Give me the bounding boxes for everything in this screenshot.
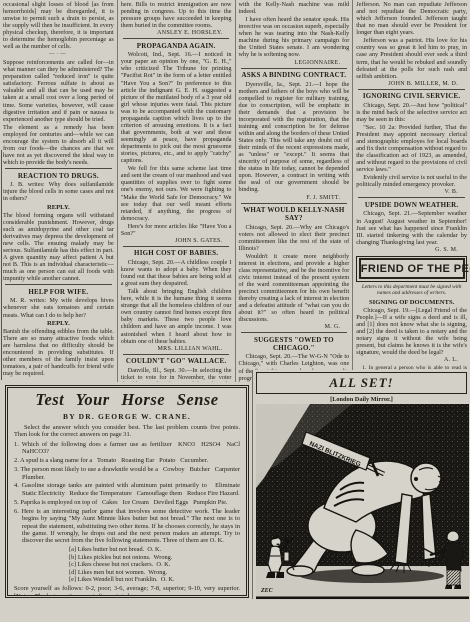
letters-column-1: occasional slight losses of blood [as fr…: [0, 0, 118, 382]
reply-heading: REPLY.: [3, 320, 114, 327]
cartoonist-signature: ZEC: [260, 588, 274, 594]
letter-paragraph: Jefferson. No man can repudiate Jefferso…: [356, 1, 467, 36]
letter-signature: MRS. LILLIAN WAHL.: [121, 346, 232, 352]
letter-signature: G. S. M.: [356, 247, 467, 253]
letter-signature: A. L.: [356, 357, 467, 363]
cartoon-credit: [London Daily Mirror.]: [253, 396, 470, 403]
letter-paragraph: Wolcott, Ind., Sept. 16.—I noticed in yo…: [121, 51, 232, 164]
quiz-intro: Select the answer which you consider bes…: [14, 424, 240, 439]
letter-paragraph: Chicago, Sept. 20.—Why are Chicago's vot…: [239, 224, 350, 252]
letter-paragraph: Wouldn't it create more neighborly inter…: [239, 253, 350, 324]
letter-paragraph: J. B. writes: Why does sulfanilamide inj…: [3, 181, 114, 202]
friend-of-the-people-box: FRIEND OF THE PEOPLE: [356, 256, 467, 282]
quiz-statement: [a] Likes butter but not bread. O. K.: [69, 546, 243, 553]
letter-paragraph: Evidently civil service is not useful to…: [356, 174, 467, 188]
letter-paragraph: Chicago, Sept. 19.—[Legal Friend of the …: [356, 307, 467, 356]
editorial-cartoon: ALL SET! [London Daily Mirror.]: [252, 370, 470, 599]
quiz-statement: [d] Likes men but not women. Wrong.: [69, 569, 243, 576]
quiz-title: Test Your Horse Sense: [11, 390, 243, 410]
letter-paragraph: M. R. writes: My wife develops hives whe…: [3, 297, 114, 318]
letter-paragraph: Chicago, Sept. 21.—September weather in …: [356, 210, 467, 245]
letter-signature: F. J. SMITT.: [239, 195, 350, 201]
letter-signature: V. B.: [356, 189, 467, 195]
letter-heading: IGNORING CIVIL SERVICE.: [356, 89, 467, 101]
letter-paragraph: Dyersville, Ia., Sept. 21.—I hope the mo…: [239, 81, 350, 194]
cartoon-illustration: NAZI BLITZKRIEG ZEC: [256, 404, 469, 600]
letter-paragraph: occasional slight losses of blood [as fr…: [3, 1, 114, 50]
letter-paragraph: The blood forming organs will withstand …: [3, 212, 114, 283]
horse-sense-quiz-box: Test Your Horse Sense BY DR. GEORGE W. C…: [5, 385, 249, 598]
letter-paragraph: We fell for this same scheme last time a…: [121, 165, 232, 222]
quiz-question: 3. The person most likely to use a drawk…: [22, 466, 240, 481]
department-note: Letters to this department must be signe…: [359, 284, 464, 297]
quiz-question: 6. Here is an interesting parlor game th…: [22, 508, 240, 545]
letter-paragraph: Jefferson was a patriot. His love for hi…: [356, 37, 467, 79]
quiz-question: 5. Paprika is employed on top of Cakes I…: [22, 499, 240, 506]
friend-of-the-people-title: FRIEND OF THE PEOPLE: [359, 258, 465, 279]
quiz-question: 2. A spud is a slang name for a Tomato R…: [22, 457, 240, 464]
letter-paragraph: Chicago, Sept. 20.—Just how "political" …: [356, 102, 467, 123]
letter-signature: JOHN B. MILLER, M. D.: [356, 81, 467, 87]
letter-signature: M. G.: [239, 324, 350, 330]
letter-paragraph: I have often heard the senator speak. Hi…: [239, 16, 350, 58]
letter-heading: HELP FOR WIFE.: [3, 284, 114, 296]
letter-heading: SIGNING OF DOCUMENTS.: [356, 299, 467, 306]
letter-paragraph: Talk about bringing English children her…: [121, 288, 232, 345]
letter-heading: ASKS A BINDING CONTRACT.: [239, 68, 350, 80]
letter-heading: COULDN'T "GO" WALLACE.: [121, 354, 232, 366]
cartoon-bottom-rule: [256, 597, 469, 600]
letter-heading: PROPAGANDA AGAIN.: [121, 38, 232, 50]
cartoon-title: ALL SET!: [256, 372, 467, 394]
quiz-statement: [b] Likes pickles but not onions. Wrong.: [69, 554, 243, 561]
quiz-question: 4. Gasoline storage tanks are painted wi…: [22, 482, 240, 497]
quiz-byline: BY DR. GEORGE W. CRANE.: [11, 412, 243, 421]
quiz-statement: [c] Likes cheese but not crackers. O. K.: [69, 561, 243, 568]
quiz-scoring: Score yourself as follows: 0-2, poor; 3-…: [14, 585, 240, 598]
quiz-question: 1. Which of the following does a farmer …: [22, 441, 240, 456]
letter-signature: LEGIONNAIRE.: [239, 60, 350, 66]
letters-section: occasional slight losses of blood [as fr…: [0, 0, 470, 382]
quiz-statement: [e] Likes Wendell but not Franklin. O. K…: [69, 576, 243, 583]
letters-column-2: here. Bills to restrict immigration are …: [118, 0, 236, 382]
letters-column-3: with the Kelly-Nash machine was mild ind…: [236, 0, 354, 382]
letter-signature: JOHN S. GATES.: [121, 238, 232, 244]
letter-paragraph: with the Kelly-Nash machine was mild ind…: [239, 1, 350, 15]
letter-heading: WHAT WOULD KELLY-NASH SAY?: [239, 203, 350, 223]
letters-column-4: Jefferson. No man can repudiate Jefferso…: [353, 0, 470, 382]
letter-paragraph: Danville, Ill., Sept. 30.—In selecting t…: [121, 367, 232, 382]
letter-paragraph: here. Bills to restrict immigration are …: [121, 1, 232, 29]
letter-paragraph: Chicago, Sept. 20.—A childless couple I …: [121, 259, 232, 287]
letter-heading: REACTION TO DRUGS.: [3, 168, 114, 180]
letter-paragraph: The element as a remedy has been employe…: [3, 124, 114, 166]
letter-heading: SUGGESTS "OWED TO CHICAGO.": [239, 332, 350, 352]
letter-heading: HIGH COST OF BABIES.: [121, 246, 232, 258]
letter-heading: UPSIDE DOWN WEATHER.: [356, 197, 467, 209]
letter-paragraph: Suppose reinforcements are called for—in…: [3, 59, 114, 123]
letter-paragraph: Here's for more articles like "Have You …: [121, 223, 232, 237]
letter-paragraph: "Sec. 10 2a: Provided further, That the …: [356, 124, 467, 173]
reply-heading: REPLY.: [3, 204, 114, 211]
section-divider: —·—: [3, 51, 114, 59]
letter-signature: ANSLEY E. HORSLEY.: [121, 30, 232, 36]
letter-paragraph: Banish the offending edibles from the ta…: [3, 328, 114, 377]
